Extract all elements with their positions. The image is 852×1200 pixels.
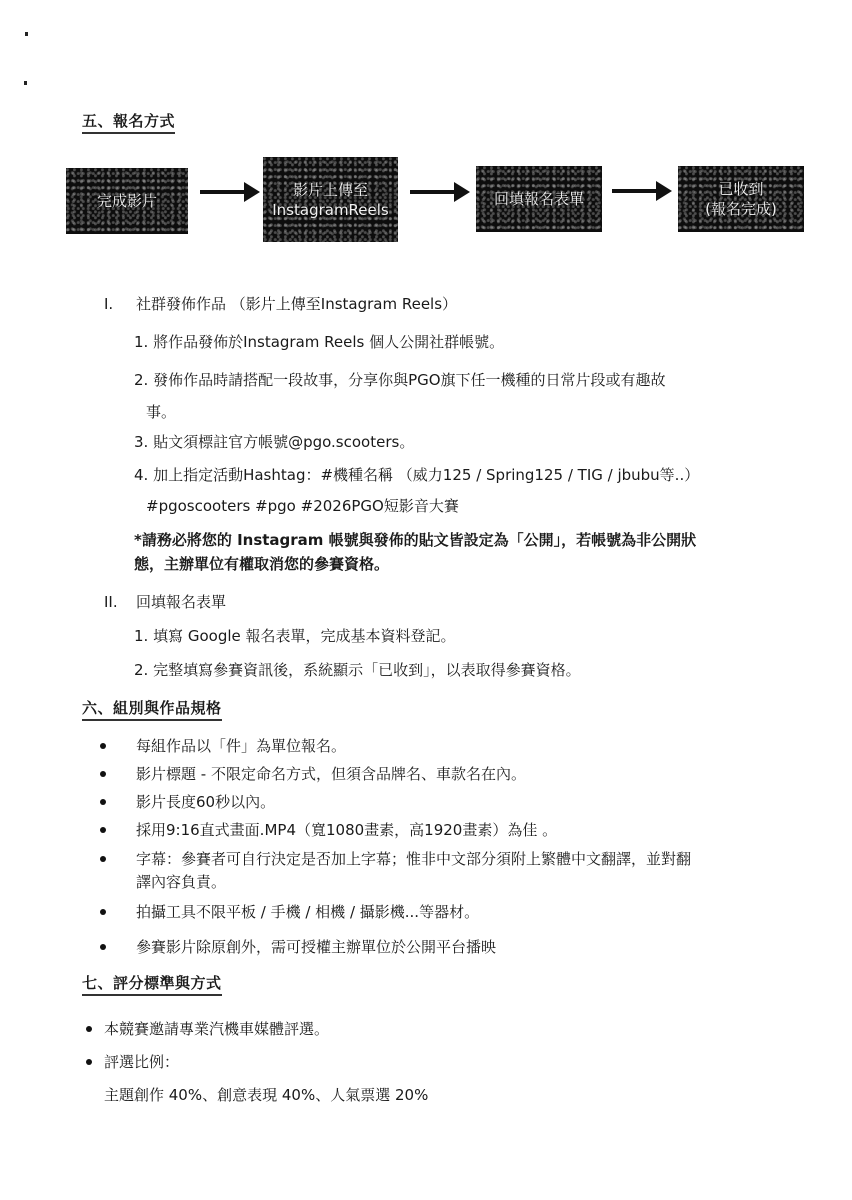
list-item: 1. 填寫 Google 報名表單，完成基本資料登記。 bbox=[134, 626, 456, 646]
flow-step-received: 已收到 (報名完成) bbox=[678, 166, 804, 232]
flow-step-complete-video: 完成影片 bbox=[66, 168, 188, 234]
notice-line: 態，主辦單位有權取消您的參賽資格。 bbox=[134, 554, 389, 574]
list-item: 2. 完整填寫參賽資訊後，系統顯示「已收到」，以表取得參賽資格。 bbox=[134, 660, 581, 680]
flow-step-label: 完成影片 bbox=[97, 191, 157, 211]
bullet-icon bbox=[100, 827, 106, 833]
hashtag-line: #pgoscooters #pgo #2026PGO短影音大賽 bbox=[146, 496, 459, 516]
arrow-right-icon bbox=[612, 189, 658, 193]
bullet-icon bbox=[86, 1026, 92, 1032]
bullet-icon bbox=[100, 799, 106, 805]
list-item: 3. 貼文須標註官方帳號@pgo.scooters。 bbox=[134, 432, 414, 452]
list-item: 影片長度60秒以內。 bbox=[136, 792, 275, 812]
flow-step-label: 影片上傳至 bbox=[293, 180, 368, 200]
list-item: 4. 加上指定活動Hashtag：#機種名稱 （威力125 / Spring12… bbox=[134, 465, 699, 485]
list-item: 影片標題 - 不限定命名方式，但須含品牌名、車款名在內。 bbox=[136, 764, 526, 784]
list-item: 評選比例： bbox=[104, 1052, 179, 1072]
list-item: 拍攝工具不限平板 / 手機 / 相機 / 攝影機...等器材。 bbox=[136, 902, 479, 922]
flow-step-label: InstagramReels bbox=[272, 200, 389, 220]
flow-step-upload: 影片上傳至 InstagramReels bbox=[263, 157, 398, 242]
section-6-heading: 六、組別與作品規格 bbox=[82, 698, 222, 721]
scan-speck bbox=[25, 32, 28, 36]
bullet-icon bbox=[100, 944, 106, 950]
scan-speck bbox=[24, 81, 27, 85]
list-item: 參賽影片除原創外，需可授權主辦單位於公開平台播映 bbox=[136, 937, 496, 957]
part-2-title: 回填報名表單 bbox=[136, 592, 226, 612]
list-item: 2. 發佈作品時請搭配一段故事，分享你與PGO旗下任一機種的日常片段或有趣故 bbox=[134, 370, 666, 390]
flow-step-label: (報名完成) bbox=[705, 199, 777, 219]
list-item: 字幕：參賽者可自行決定是否加上字幕；惟非中文部分須附上繁體中文翻譯，並對翻 bbox=[136, 849, 691, 869]
flow-step-label: 已收到 bbox=[718, 179, 763, 199]
notice-line: *請務必將您的 Instagram 帳號與發佈的貼文皆設定為「公開」，若帳號為非… bbox=[134, 530, 696, 550]
flow-step-label: 回填報名表單 bbox=[494, 189, 584, 209]
flow-step-fill-form: 回填報名表單 bbox=[476, 166, 602, 232]
list-item: 採用9:16直式畫面.MP4（寬1080畫素，高1920畫素）為佳 。 bbox=[136, 820, 557, 840]
list-item-continuation: 譯內容負責。 bbox=[136, 872, 226, 892]
bullet-icon bbox=[86, 1059, 92, 1065]
list-item: 事。 bbox=[146, 402, 176, 422]
bullet-icon bbox=[100, 743, 106, 749]
bullet-icon bbox=[100, 909, 106, 915]
arrow-right-icon bbox=[200, 190, 246, 194]
bullet-icon bbox=[100, 856, 106, 862]
scoring-ratio: 主題創作 40%、創意表現 40%、人氣票選 20% bbox=[104, 1085, 428, 1105]
section-5-heading: 五、報名方式 bbox=[82, 111, 175, 134]
bullet-icon bbox=[100, 771, 106, 777]
section-7-heading: 七、評分標準與方式 bbox=[82, 973, 222, 996]
part-1-title: 社群發佈作品 （影片上傳至Instagram Reels） bbox=[136, 294, 457, 314]
list-item: 本競賽邀請專業汽機車媒體評選。 bbox=[104, 1019, 329, 1039]
arrow-right-icon bbox=[410, 190, 456, 194]
list-item: 1. 將作品發佈於Instagram Reels 個人公開社群帳號。 bbox=[134, 332, 504, 352]
list-numeral: II. bbox=[104, 592, 118, 612]
list-numeral: I. bbox=[104, 294, 113, 314]
list-item: 每組作品以「件」為單位報名。 bbox=[136, 736, 346, 756]
